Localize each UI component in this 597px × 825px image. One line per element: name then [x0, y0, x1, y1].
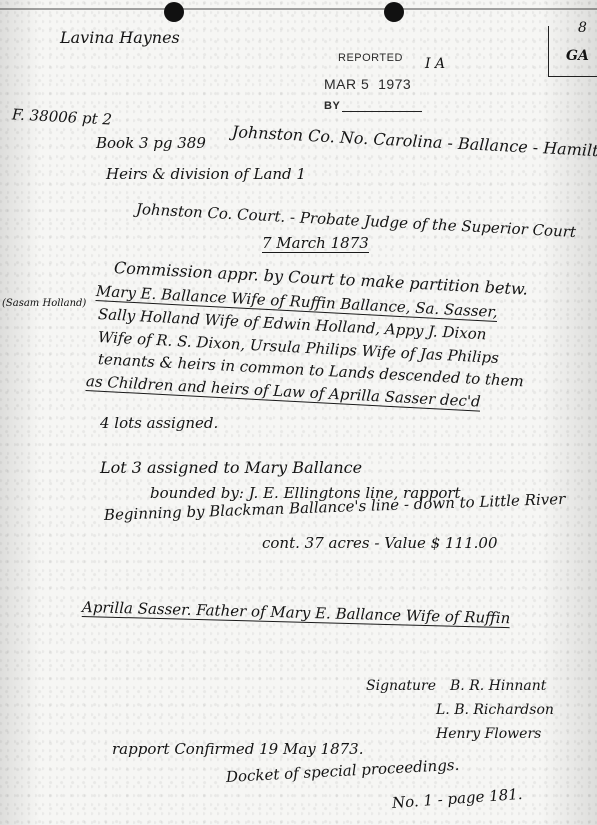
- confirmed-line: rapport Confirmed 19 May 1873.: [112, 740, 363, 758]
- signature-2: L. B. Richardson: [436, 702, 554, 718]
- stamp-initials: I A: [425, 56, 445, 72]
- corner-number: 8: [578, 20, 587, 36]
- lot-line-text: Lot 3 assigned to Mary Ballance: [100, 458, 362, 477]
- person-name: Lavina Haynes: [60, 28, 180, 47]
- document-page: Lavina Haynes REPORTED MAR 5 1973 BY I A…: [0, 0, 597, 825]
- file-number: F. 38006 pt 2: [12, 105, 113, 128]
- signature-label: Signature: [366, 678, 436, 694]
- page-reference: No. 1 - page 181.: [391, 785, 523, 812]
- punch-hole-right: [384, 2, 404, 22]
- corner-initials: GA: [566, 48, 589, 64]
- father-line: Aprilla Sasser. Father of Mary E. Ballan…: [82, 598, 511, 628]
- docket-line: Docket of special proceedings.: [226, 756, 460, 786]
- document-title: Johnston Co. No. Carolina - Ballance - H…: [232, 122, 597, 161]
- top-edge-line: [0, 8, 597, 10]
- signature-1: B. R. Hinnant: [450, 678, 546, 694]
- reported-stamp: REPORTED: [338, 52, 403, 64]
- cont-line: cont. 37 acres - Value $ 111.00: [262, 534, 498, 552]
- reported-by: BY: [324, 100, 422, 112]
- signature-3: Henry Flowers: [436, 726, 541, 742]
- punch-hole-left: [164, 2, 184, 22]
- date-line: 7 March 1873: [262, 234, 369, 253]
- lot-line: Lot 3 assigned to Mary Ballance: [100, 458, 362, 477]
- reported-date: MAR 5 1973: [324, 76, 411, 92]
- reported-by-label: BY: [324, 100, 340, 112]
- document-subtitle: Heirs & division of Land 1: [106, 165, 306, 183]
- lots-assigned: 4 lots assigned.: [100, 414, 218, 432]
- margin-note: (Sasam Holland): [2, 298, 86, 309]
- book-reference: Book 3 pg 389: [96, 134, 206, 152]
